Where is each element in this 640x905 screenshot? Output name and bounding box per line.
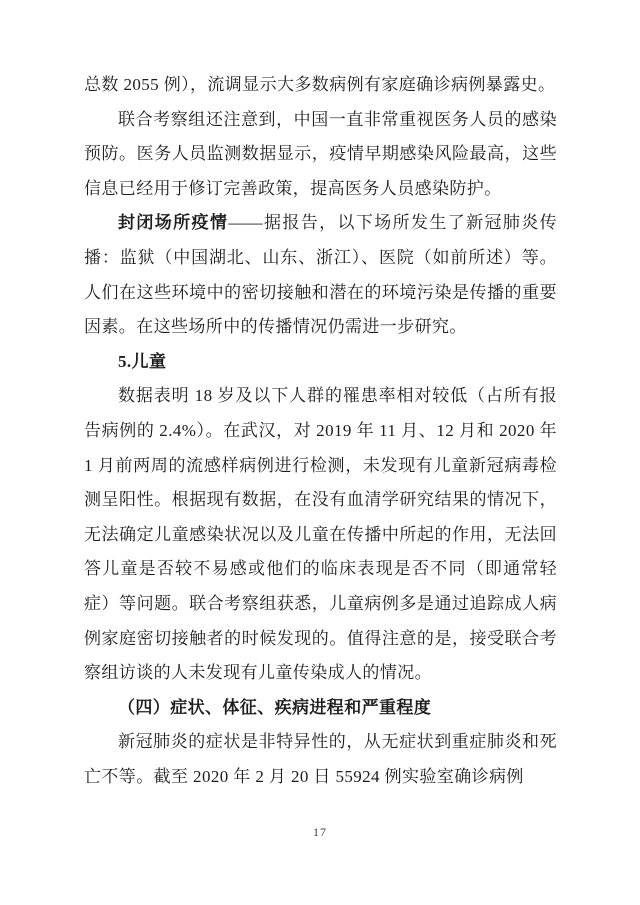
page-number: 17 — [0, 824, 640, 840]
document-body-text: 总数 2055 例），流调显示大多数病例有家庭确诊病例暴露史。 联合考察组还注意… — [84, 68, 557, 794]
paragraph-medical-staff-prevention: 联合考察组还注意到，中国一直非常重视医务人员的感染预防。医务人员监测数据显示，疫… — [84, 103, 557, 207]
paragraph-bold-lead: 封闭场所疫情 — [118, 213, 228, 232]
paragraph-symptoms-intro: 新冠肺炎的症状是非特异性的，从无症状到重症肺炎和死亡不等。截至 2020 年 2… — [84, 725, 557, 794]
heading-children: 5.儿童 — [84, 345, 557, 380]
paragraph-closed-settings-outbreak: 封闭场所疫情——据报告，以下场所发生了新冠肺炎传播：监狱（中国湖北、山东、浙江）… — [84, 206, 557, 344]
paragraph-children-data: 数据表明 18 岁及以下人群的罹患率相对较低（占所有报告病例的 2.4%）。在武… — [84, 379, 557, 690]
document-page: 总数 2055 例），流调显示大多数病例有家庭确诊病例暴露史。 联合考察组还注意… — [0, 0, 640, 905]
paragraph-continuation: 总数 2055 例），流调显示大多数病例有家庭确诊病例暴露史。 — [84, 68, 557, 103]
heading-symptoms-section: （四）症状、体征、疾病进程和严重程度 — [84, 691, 557, 726]
